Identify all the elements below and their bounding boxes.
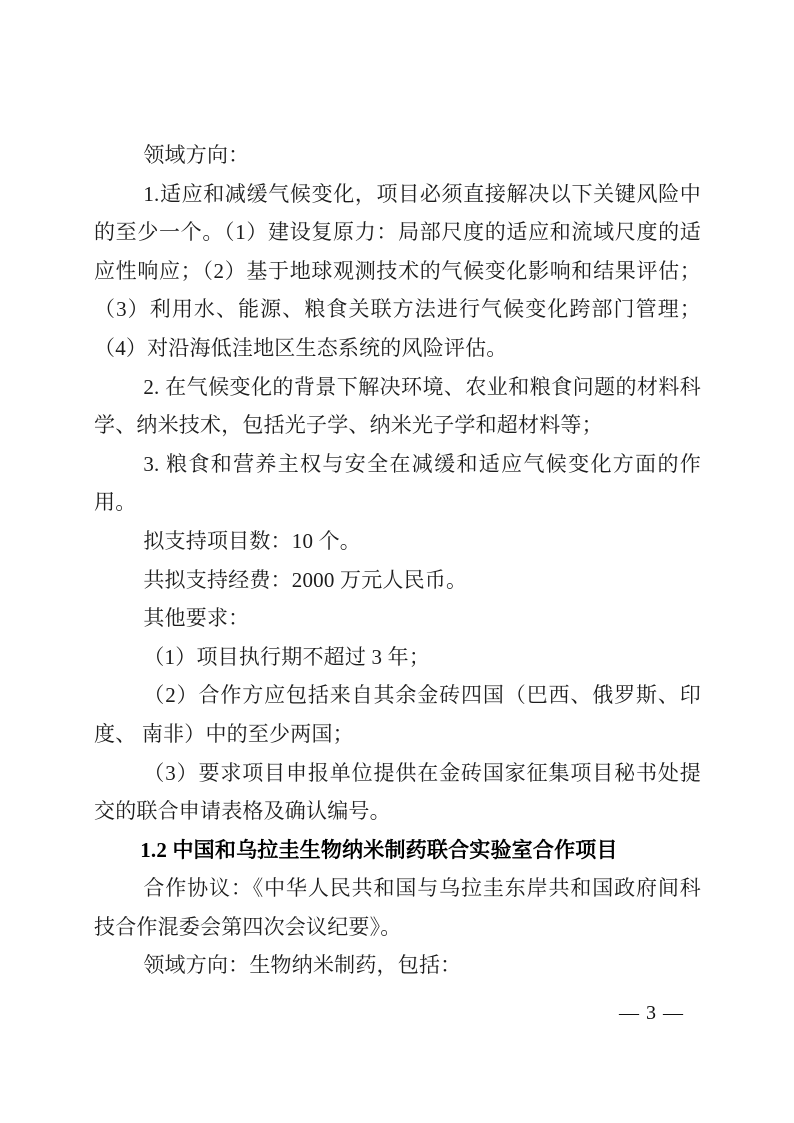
section-heading-1-2: 1.2 中国和乌拉圭生物纳米制药联合实验室合作项目 — [94, 831, 701, 870]
para-duration-requirement: （1）项目执行期不超过 3 年； — [94, 638, 701, 677]
para-submission-requirement: （3）要求项目申报单位提供在金砖国家征集项目秘书处提交的联合申请表格及确认编号。 — [94, 754, 701, 831]
para-food-nutrition: 3. 粮食和营养主权与安全在减缓和适应气候变化方面的作用。 — [94, 445, 701, 522]
para-total-funding: 共拟支持经费：2000 万元人民币。 — [94, 561, 701, 600]
para-partner-requirement: （2）合作方应包括来自其余金砖四国（巴西、俄罗斯、印度、 南非）中的至少两国； — [94, 676, 701, 753]
field-direction-label: 领域方向： — [94, 136, 701, 175]
page-number: — 3 — — [619, 994, 684, 1032]
para-cooperation-agreement: 合作协议：《中华人民共和国与乌拉圭东岸共和国政府间科技合作混委会第四次会议纪要》… — [94, 869, 701, 946]
document-body: 领域方向： 1.适应和减缓气候变化，项目必须直接解决以下关键风险中的至少一个。（… — [94, 136, 701, 985]
document-page: 领域方向： 1.适应和减缓气候变化，项目必须直接解决以下关键风险中的至少一个。（… — [0, 0, 794, 1123]
para-climate-adaptation: 1.适应和减缓气候变化，项目必须直接解决以下关键风险中的至少一个。（1）建设复原… — [94, 175, 701, 368]
para-field-direction-bio: 领域方向：生物纳米制药，包括： — [94, 946, 701, 985]
other-requirements-label: 其他要求： — [94, 599, 701, 638]
para-project-count: 拟支持项目数：10 个。 — [94, 522, 701, 561]
para-materials-science: 2. 在气候变化的背景下解决环境、农业和粮食问题的材料科学、纳米技术，包括光子学… — [94, 368, 701, 445]
